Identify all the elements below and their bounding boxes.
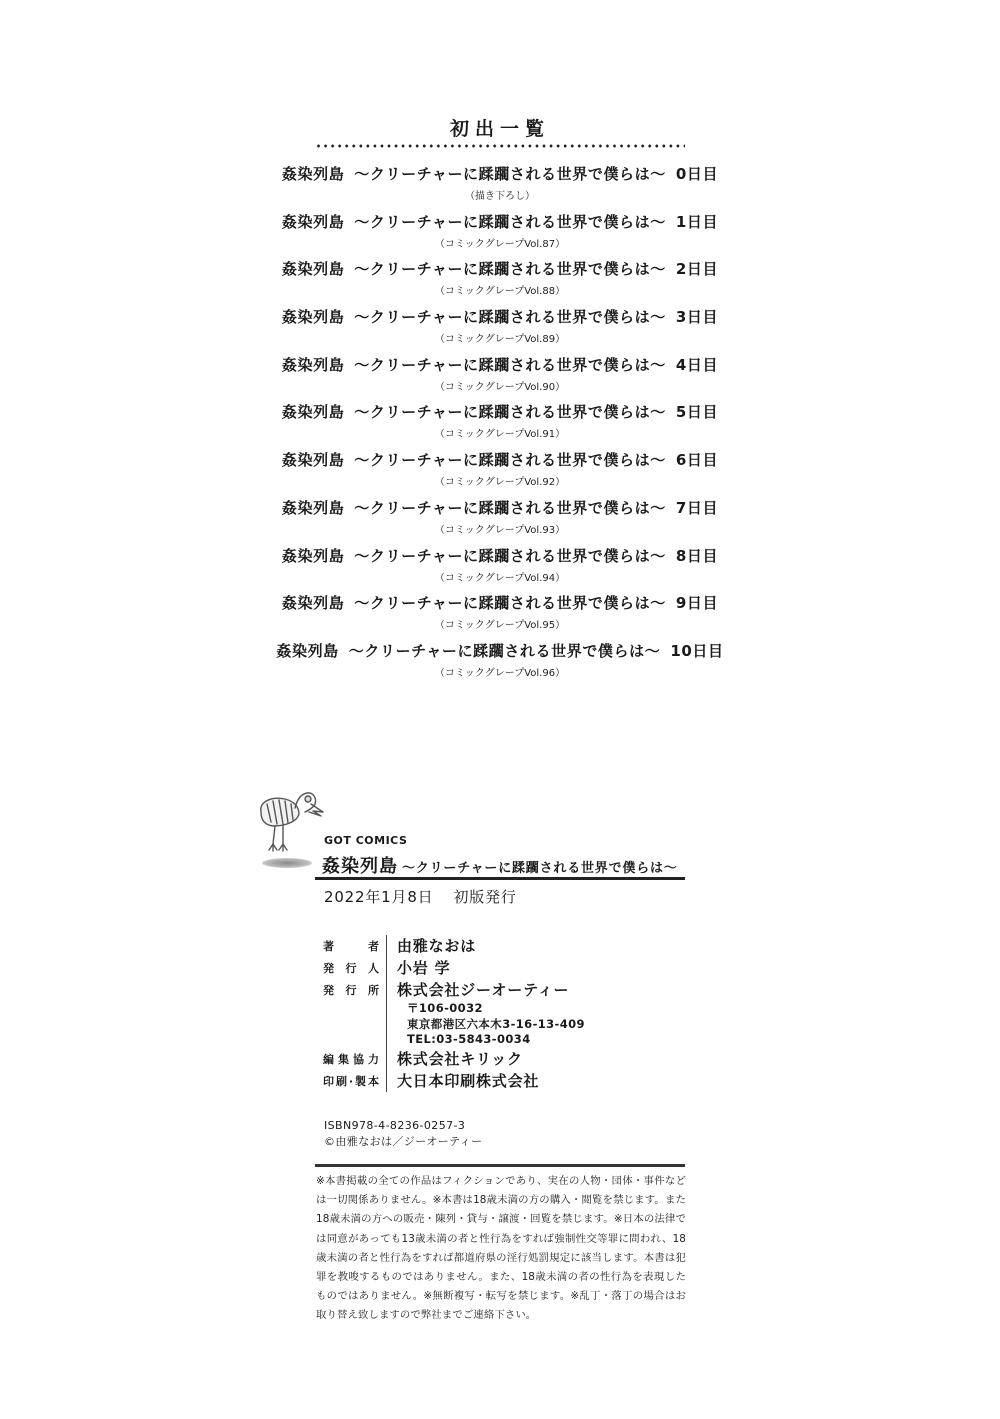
credit-label: 編集協力 xyxy=(323,1048,379,1067)
bird-shadow xyxy=(262,858,312,868)
list-item: 姦染列島〜クリーチャーに蹂躙される世界で僕らは〜6日目 （コミックグレープVol… xyxy=(0,450,1000,498)
book-title-main: 姦染列島 xyxy=(322,856,398,877)
list-item: 姦染列島〜クリーチャーに蹂躙される世界で僕らは〜1日目 （コミックグレープVol… xyxy=(0,212,1000,260)
book-title: 姦染列島〜クリーチャーに蹂躙される世界で僕らは〜 xyxy=(322,852,678,878)
credit-row-publisher-person: 発行人 小岩 学 xyxy=(323,957,683,979)
entry-source: （コミックグレープVol.96） xyxy=(0,667,1000,681)
entry-title: 姦染列島〜クリーチャーに蹂躙される世界で僕らは〜8日目 xyxy=(0,546,1000,566)
page-title: 初出一覧 xyxy=(0,114,1000,141)
credit-label: 著 者 xyxy=(323,935,379,954)
imprint-label: GOT COMICS xyxy=(324,834,407,847)
vertical-divider xyxy=(386,1048,387,1070)
book-title-sub: 〜クリーチャーに蹂躙される世界で僕らは〜 xyxy=(402,861,678,876)
entry-source: （コミックグレープVol.89） xyxy=(0,333,1000,347)
entry-source: （コミックグレープVol.93） xyxy=(0,524,1000,538)
credit-value: 小岩 学 xyxy=(397,957,450,979)
credit-label: 発行所 xyxy=(323,979,379,998)
list-item: 姦染列島〜クリーチャーに蹂躙される世界で僕らは〜2日目 （コミックグレープVol… xyxy=(0,259,1000,307)
list-item: 姦染列島〜クリーチャーに蹂躙される世界で僕らは〜3日目 （コミックグレープVol… xyxy=(0,307,1000,355)
address: 東京都港区六本木3-16-13-409 xyxy=(397,1017,585,1033)
credit-value: 由雅なおは xyxy=(397,935,476,957)
entry-title: 姦染列島〜クリーチャーに蹂躙される世界で僕らは〜6日目 xyxy=(0,450,1000,470)
list-item: 姦染列島〜クリーチャーに蹂躙される世界で僕らは〜9日目 （コミックグレープVol… xyxy=(0,593,1000,641)
bird-icon xyxy=(255,790,325,862)
vertical-divider xyxy=(386,979,387,1048)
list-item: 姦染列島〜クリーチャーに蹂躙される世界で僕らは〜4日目 （コミックグレープVol… xyxy=(0,355,1000,403)
entry-source: （コミックグレープVol.90） xyxy=(0,381,1000,395)
entry-source: （コミックグレープVol.87） xyxy=(0,238,1000,252)
list-item: 姦染列島〜クリーチャーに蹂躙される世界で僕らは〜10日目 （コミックグレープVo… xyxy=(0,641,1000,689)
credit-row-editorial: 編集協力 株式会社キリック xyxy=(323,1048,683,1070)
credit-value: 株式会社ジーオーティー xyxy=(397,979,585,1001)
entry-title: 姦染列島〜クリーチャーに蹂躙される世界で僕らは〜10日目 xyxy=(0,641,1000,661)
phone: TEL:03-5843-0034 xyxy=(397,1032,585,1048)
entry-source: （コミックグレープVol.94） xyxy=(0,572,1000,586)
credit-value: 株式会社キリック xyxy=(397,1048,523,1070)
credit-value: 大日本印刷株式会社 xyxy=(397,1070,539,1092)
date-text: 2022年1月8日 xyxy=(324,888,433,906)
entry-source: （コミックグレープVol.92） xyxy=(0,476,1000,490)
vertical-divider xyxy=(386,935,387,957)
entry-source: （描き下ろし） xyxy=(0,190,1000,204)
entry-title: 姦染列島〜クリーチャーに蹂躙される世界で僕らは〜0日目 xyxy=(0,164,1000,184)
credit-row-publisher-company: 発行所 株式会社ジーオーティー 〒106-0032 東京都港区六本木3-16-1… xyxy=(323,979,683,1048)
postal-code: 〒106-0032 xyxy=(397,1001,585,1017)
entry-source: （コミックグレープVol.88） xyxy=(0,285,1000,299)
entry-source: （コミックグレープVol.95） xyxy=(0,619,1000,633)
legal-notice: ※本書掲載の全ての作品はフィクションであり、実在の人物・団体・事件などは一切関係… xyxy=(316,1172,686,1326)
entry-source: （コミックグレープVol.91） xyxy=(0,428,1000,442)
entry-title: 姦染列島〜クリーチャーに蹂躙される世界で僕らは〜5日目 xyxy=(0,402,1000,422)
notice-divider xyxy=(315,1164,685,1167)
list-item: 姦染列島〜クリーチャーに蹂躙される世界で僕らは〜7日目 （コミックグレープVol… xyxy=(0,498,1000,546)
entry-title: 姦染列島〜クリーチャーに蹂躙される世界で僕らは〜9日目 xyxy=(0,593,1000,613)
vertical-divider xyxy=(386,1070,387,1092)
credit-row-printing: 印刷·製本 大日本印刷株式会社 xyxy=(323,1070,683,1092)
credit-row-author: 著 者 由雅なおは xyxy=(323,935,683,957)
list-item: 姦染列島〜クリーチャーに蹂躙される世界で僕らは〜8日目 （コミックグレープVol… xyxy=(0,546,1000,594)
entry-title: 姦染列島〜クリーチャーに蹂躙される世界で僕らは〜3日目 xyxy=(0,307,1000,327)
publication-date: 2022年1月8日初版発行 xyxy=(324,886,517,907)
entry-title: 姦染列島〜クリーチャーに蹂躙される世界で僕らは〜2日目 xyxy=(0,259,1000,279)
list-item: 姦染列島〜クリーチャーに蹂躙される世界で僕らは〜5日目 （コミックグレープVol… xyxy=(0,402,1000,450)
credit-label: 印刷·製本 xyxy=(323,1070,379,1089)
list-item: 姦染列島〜クリーチャーに蹂躙される世界で僕らは〜0日目 （描き下ろし） xyxy=(0,164,1000,212)
isbn: ISBN978-4-8236-0257-3 xyxy=(324,1118,483,1134)
copyright: ©由雅なおは／ジーオーティー xyxy=(324,1134,483,1150)
entry-title: 姦染列島〜クリーチャーに蹂躙される世界で僕らは〜7日目 xyxy=(0,498,1000,518)
dotted-divider xyxy=(315,144,685,148)
entry-title: 姦染列島〜クリーチャーに蹂躙される世界で僕らは〜4日目 xyxy=(0,355,1000,375)
edition-text: 初版発行 xyxy=(453,888,516,906)
credits-table: 著 者 由雅なおは 発行人 小岩 学 発行所 株式会社ジーオーティー 〒106-… xyxy=(323,935,683,1092)
entry-title: 姦染列島〜クリーチャーに蹂躙される世界で僕らは〜1日目 xyxy=(0,212,1000,232)
vertical-divider xyxy=(386,957,387,979)
credit-label: 発行人 xyxy=(323,957,379,976)
title-divider xyxy=(315,877,685,880)
first-appearance-list: 姦染列島〜クリーチャーに蹂躙される世界で僕らは〜0日目 （描き下ろし） 姦染列島… xyxy=(0,164,1000,689)
isbn-block: ISBN978-4-8236-0257-3 ©由雅なおは／ジーオーティー xyxy=(324,1118,483,1150)
